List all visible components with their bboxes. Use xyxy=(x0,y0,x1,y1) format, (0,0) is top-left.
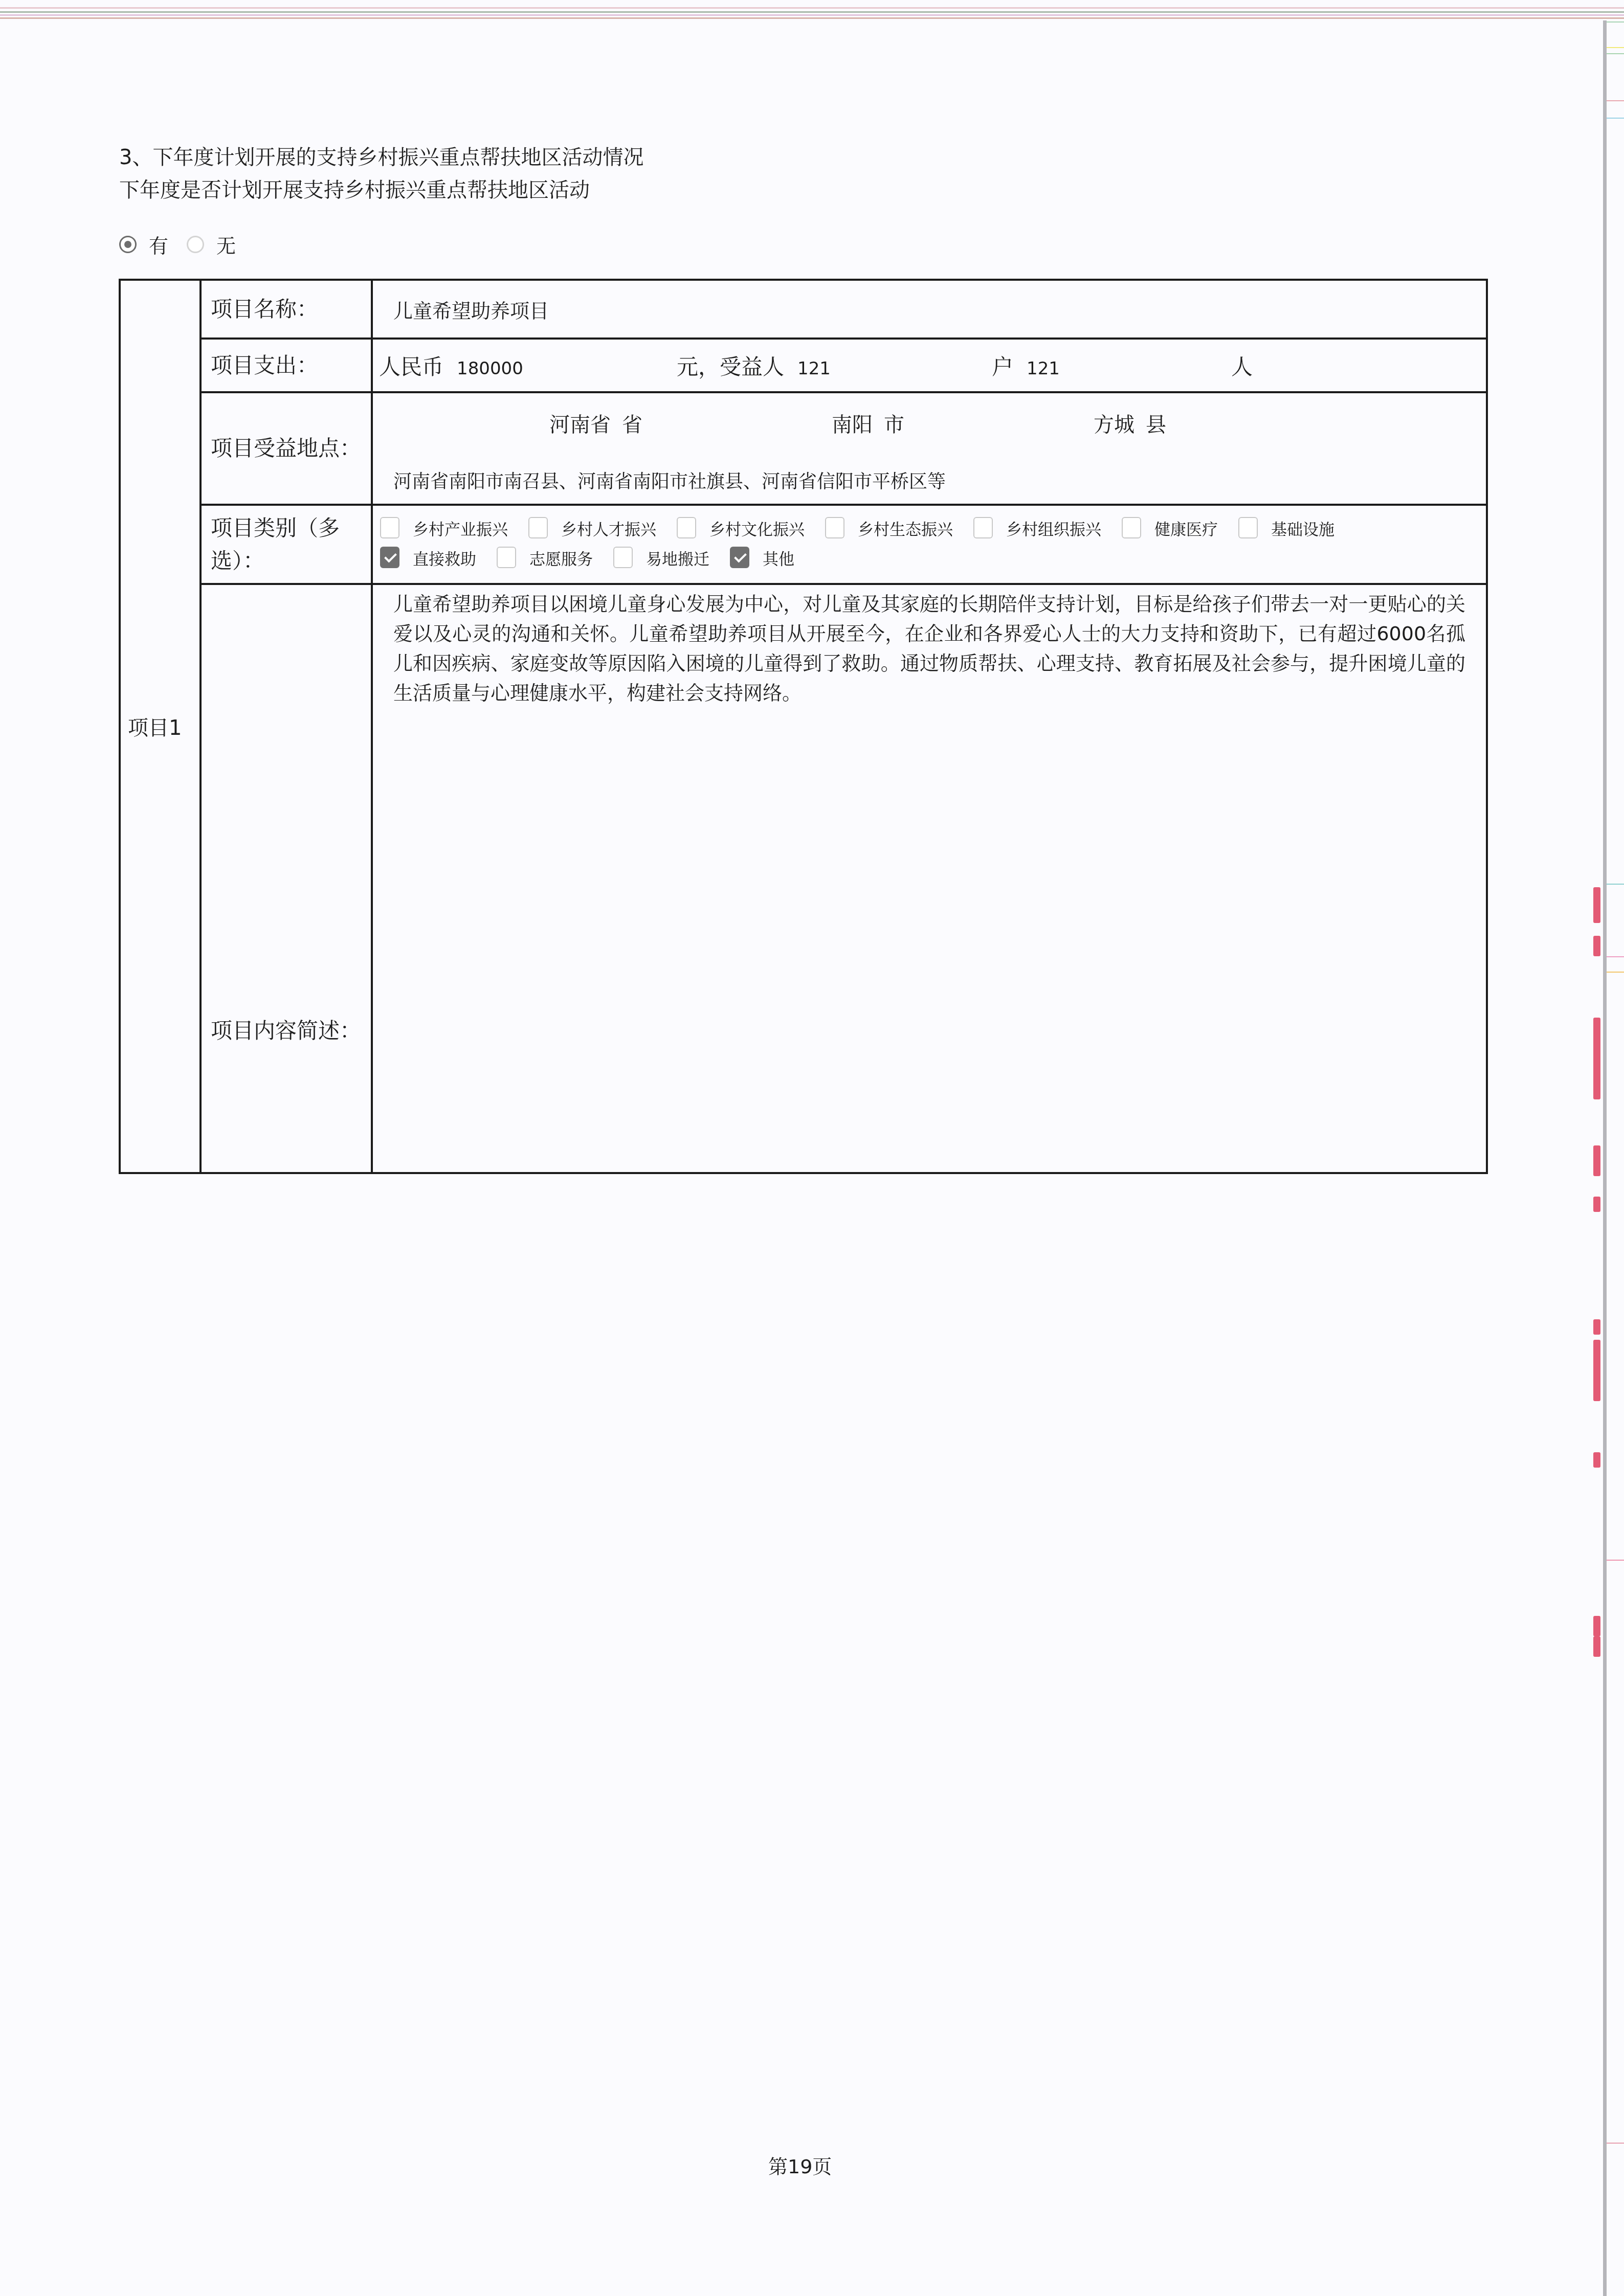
checkbox-empty-icon[interactable] xyxy=(528,517,548,538)
row-project-location: 项目受益地点： 河南省 省 南阳 市 方城 县 河南省南阳市南召县、河南省南阳市… xyxy=(120,392,1487,505)
expense-amount-field[interactable]: 180000 xyxy=(457,358,677,379)
category-checkbox[interactable]: 乡村文化振兴 xyxy=(677,516,805,539)
scan-line xyxy=(0,7,1624,9)
radio-yes-label: 有 xyxy=(149,230,168,258)
currency-label: 人民币 xyxy=(379,350,443,381)
project-description-field[interactable]: 儿童希望助养项目以困境儿童身心发展为中心，对儿童及其家庭的长期陪伴支持计划，目标… xyxy=(372,584,1487,1173)
county-field[interactable]: 方城 xyxy=(1094,409,1134,438)
category-label: 乡村产业振兴 xyxy=(413,516,508,539)
row-project-expense: 项目支出： 人民币 180000 元，受益人 121 户 121 人 xyxy=(120,339,1487,392)
category-checkbox[interactable]: 基础设施 xyxy=(1238,516,1334,539)
category-label: 健康医疗 xyxy=(1154,516,1218,539)
project-expense-cell: 人民币 180000 元，受益人 121 户 121 人 xyxy=(372,339,1487,392)
project-category-cell: 乡村产业振兴乡村人才振兴乡村文化振兴乡村生态振兴乡村组织振兴健康医疗基础设施直接… xyxy=(372,505,1487,584)
category-row: 直接救助志愿服务易地搬迁其他 xyxy=(380,543,1486,572)
category-label: 直接救助 xyxy=(413,546,476,569)
location-detail-field[interactable]: 河南省南阳市南召县、河南省南阳市社旗县、河南省信阳市平桥区等 xyxy=(373,438,1486,493)
checkbox-empty-icon[interactable] xyxy=(973,517,993,538)
scan-line xyxy=(0,17,1624,19)
province-field[interactable]: 河南省 xyxy=(549,409,611,438)
category-label: 其他 xyxy=(763,546,794,569)
checkbox-empty-icon[interactable] xyxy=(497,547,516,568)
category-label: 乡村生态振兴 xyxy=(858,516,953,539)
project-description-label-cell: 项目内容简述： xyxy=(201,584,372,1173)
section-title: 3、下年度计划开展的支持乡村振兴重点帮扶地区活动情况 xyxy=(119,141,643,170)
checkbox-empty-icon[interactable] xyxy=(613,547,633,568)
checkbox-empty-icon[interactable] xyxy=(380,517,399,538)
category-checkbox[interactable]: 其他 xyxy=(730,546,794,569)
expense-unit-label: 元，受益人 xyxy=(677,350,784,381)
category-label: 基础设施 xyxy=(1271,516,1334,539)
category-checkbox[interactable]: 乡村组织振兴 xyxy=(973,516,1101,539)
persons-unit-label: 人 xyxy=(1231,350,1253,381)
page-edge-shadow xyxy=(1603,20,1607,2296)
project-category-label: 项目类别（多选）： xyxy=(201,505,372,584)
category-checkbox[interactable]: 直接救助 xyxy=(380,546,476,569)
category-label: 易地搬迁 xyxy=(646,546,709,569)
scan-line xyxy=(0,11,1624,13)
checkbox-empty-icon[interactable] xyxy=(677,517,696,538)
page-number: 第19页 xyxy=(768,2151,832,2179)
plan-radio-group: 有 无 xyxy=(119,230,254,258)
row-project-name: 项目1 项目名称： 儿童希望助养项目 xyxy=(120,280,1487,339)
project-description-label: 项目内容简述： xyxy=(211,1018,361,1043)
category-label: 乡村文化振兴 xyxy=(709,516,805,539)
checkbox-empty-icon[interactable] xyxy=(825,517,844,538)
project-location-label: 项目受益地点： xyxy=(201,392,372,505)
city-field[interactable]: 南阳 xyxy=(832,409,873,438)
checkbox-empty-icon[interactable] xyxy=(1122,517,1141,538)
project-name-label: 项目名称： xyxy=(201,280,372,339)
radio-selected-icon[interactable] xyxy=(119,236,137,253)
radio-unselected-icon[interactable] xyxy=(187,236,204,253)
radio-no-label: 无 xyxy=(216,230,236,258)
row-project-category: 项目类别（多选）： 乡村产业振兴乡村人才振兴乡村文化振兴乡村生态振兴乡村组织振兴… xyxy=(120,505,1487,584)
county-unit: 县 xyxy=(1146,409,1166,438)
project-index-cell: 项目1 xyxy=(120,280,201,1173)
category-label: 乡村人才振兴 xyxy=(561,516,656,539)
project-location-cell: 河南省 省 南阳 市 方城 县 河南省南阳市南召县、河南省南阳市社旗县、河南省信… xyxy=(372,392,1487,505)
category-checkbox[interactable]: 乡村生态振兴 xyxy=(825,516,953,539)
checkbox-empty-icon[interactable] xyxy=(1238,517,1258,538)
city-unit: 市 xyxy=(884,409,904,438)
project-expense-label: 项目支出： xyxy=(201,339,372,392)
radio-no[interactable]: 无 xyxy=(187,230,236,258)
beneficiary-persons-field[interactable]: 121 xyxy=(1027,358,1231,379)
category-checkbox[interactable]: 乡村人才振兴 xyxy=(528,516,656,539)
checkbox-checked-icon[interactable] xyxy=(380,547,399,568)
category-checkbox[interactable]: 健康医疗 xyxy=(1122,516,1218,539)
category-label: 志愿服务 xyxy=(529,546,593,569)
scan-border-top xyxy=(0,0,1624,20)
category-label: 乡村组织振兴 xyxy=(1006,516,1101,539)
category-checkbox[interactable]: 志愿服务 xyxy=(497,546,593,569)
category-checkbox[interactable]: 乡村产业振兴 xyxy=(380,516,508,539)
radio-yes[interactable]: 有 xyxy=(119,230,168,258)
category-row: 乡村产业振兴乡村人才振兴乡村文化振兴乡村生态振兴乡村组织振兴健康医疗基础设施 xyxy=(380,513,1486,543)
households-unit-label: 户 xyxy=(992,350,1013,381)
category-checkbox[interactable]: 易地搬迁 xyxy=(613,546,709,569)
section-question: 下年度是否计划开展支持乡村振兴重点帮扶地区活动 xyxy=(119,174,590,203)
scan-line xyxy=(0,14,1624,16)
checkbox-checked-icon[interactable] xyxy=(730,547,749,568)
project-name-field[interactable]: 儿童希望助养项目 xyxy=(372,280,1487,339)
project-form-table: 项目1 项目名称： 儿童希望助养项目 项目支出： 人民币 180000 元，受益… xyxy=(119,279,1488,1174)
row-project-description: 项目内容简述： 儿童希望助养项目以困境儿童身心发展为中心，对儿童及其家庭的长期陪… xyxy=(120,584,1487,1173)
province-unit: 省 xyxy=(622,409,642,438)
seal-stamp-edge xyxy=(1593,0,1603,2296)
project-index-label: 项目1 xyxy=(128,716,182,740)
beneficiary-households-field[interactable]: 121 xyxy=(797,358,992,379)
